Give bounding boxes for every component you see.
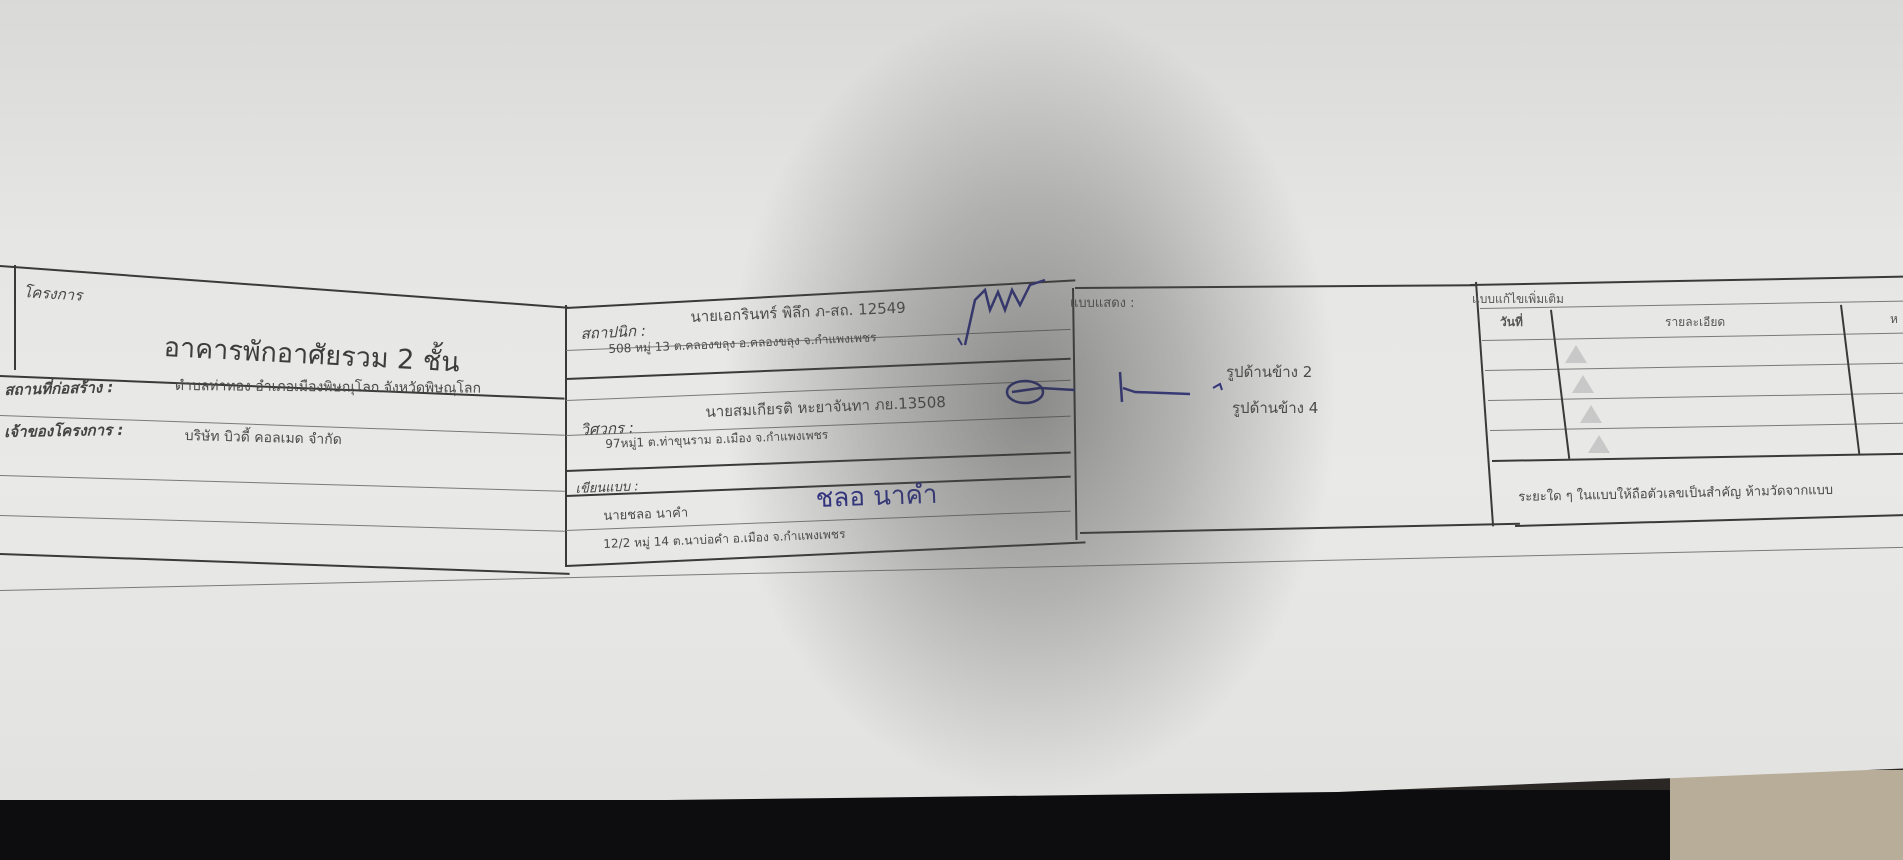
photo-scene: โครงการ อาคารพักอาศัยรวม 2 ชั้น สถานที่ก… bbox=[0, 0, 1903, 860]
architect-signature bbox=[965, 280, 1045, 345]
signature-ink-marks bbox=[0, 0, 1903, 860]
engineer-signature-line bbox=[1120, 372, 1190, 402]
